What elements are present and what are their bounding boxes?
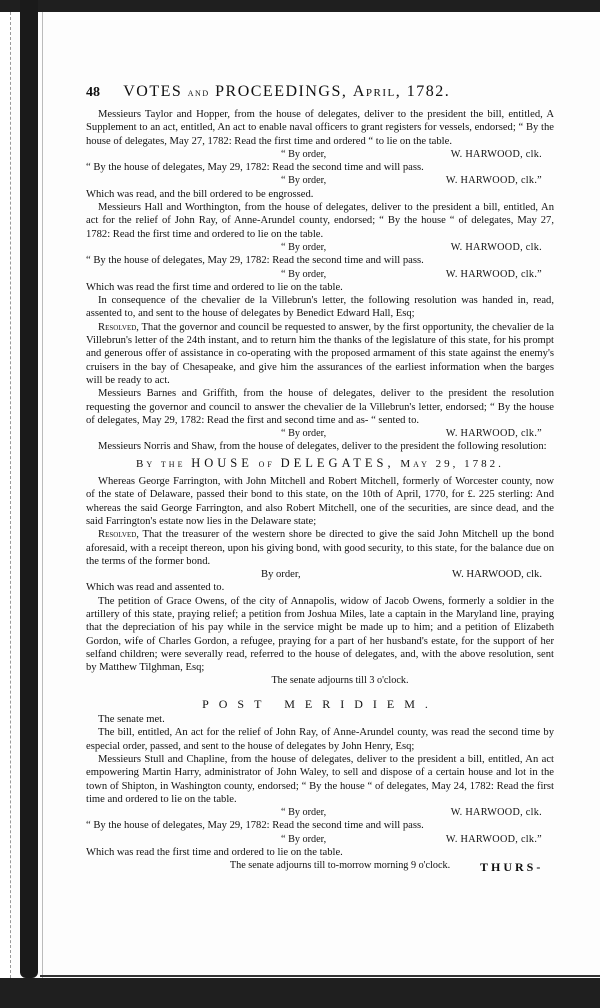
quoted-endorsement: “ By the house of delegates, May 29, 178… <box>86 819 554 832</box>
heading-house: HOUSE <box>191 456 253 470</box>
minute-line: Which was read the first time and ordere… <box>86 846 554 859</box>
by-order-text: “ By order, <box>281 148 326 161</box>
heading-date: May 29, 1782. <box>400 458 504 470</box>
resolution-paragraph: Resolved, That the governor and council … <box>86 321 554 387</box>
heading-by: By the <box>136 458 185 470</box>
book-binding <box>20 0 38 978</box>
minute-line: Which was read, and the bill ordered to … <box>86 188 554 201</box>
resolution-paragraph: Resolved, That the treasurer of the west… <box>86 528 554 568</box>
paragraph: Messieurs Taylor and Hopper, from the ho… <box>86 108 554 148</box>
signature-line: “ By order,W. HARWOOD, clk.” <box>86 427 554 440</box>
clerk-signature: W. HARWOOD, clk.” <box>446 427 542 440</box>
paragraph: The petition of Grace Owens, of the city… <box>86 595 554 675</box>
clerk-signature: W. HARWOOD, clk. <box>452 568 542 581</box>
signature-line: “ By order,W. HARWOOD, clk.” <box>86 833 554 846</box>
signature-line: “ By order,W. HARWOOD, clk.” <box>86 268 554 281</box>
page-number: 48 <box>86 85 100 100</box>
resolved-lead: Resolved, <box>98 322 139 333</box>
resolution-text: That the treasurer of the western shore … <box>86 529 554 567</box>
clerk-signature: W. HARWOOD, clk.” <box>446 174 542 187</box>
title-date: April, 1782. <box>353 83 450 100</box>
clerk-signature: W. HARWOOD, clk.” <box>446 268 542 281</box>
house-of-delegates-heading: By the HOUSE of DELEGATES, May 29, 1782. <box>86 457 554 471</box>
by-order-text: “ By order, <box>281 833 326 846</box>
clerk-signature: W. HARWOOD, clk. <box>451 241 542 254</box>
title-proceedings: PROCEEDINGS, <box>215 83 347 100</box>
title-and: and <box>188 85 210 99</box>
quoted-endorsement: “ By the house of delegates, May 29, 178… <box>86 161 554 174</box>
paragraph: The senate met. <box>86 713 554 726</box>
resolved-lead: Resolved, <box>98 529 139 540</box>
minute-line: Which was read and assented to. <box>86 581 554 594</box>
by-order-text: “ By order, <box>281 806 326 819</box>
signature-line: “ By order,W. HARWOOD, clk. <box>86 148 554 161</box>
heading-of: of <box>259 458 275 470</box>
running-head: 48 VOTES and PROCEEDINGS, April, 1782. <box>86 83 556 101</box>
quoted-endorsement: “ By the house of delegates, May 29, 178… <box>86 254 554 267</box>
by-order-text: By order, <box>261 568 301 581</box>
resolution-text: That the governor and council be request… <box>86 322 554 386</box>
paragraph: Whereas George Farrington, with John Mit… <box>86 475 554 528</box>
paragraph: The bill, entitled, An act for the relie… <box>86 726 554 753</box>
paragraph: Messieurs Hall and Worthington, from the… <box>86 201 554 241</box>
facing-page-edge <box>0 12 11 978</box>
paragraph: In consequence of the chevalier de la Vi… <box>86 294 554 321</box>
catchword: THURS- <box>480 860 543 875</box>
by-order-text: “ By order, <box>281 268 326 281</box>
signature-line: By order,W. HARWOOD, clk. <box>86 568 554 581</box>
by-order-text: “ By order, <box>281 241 326 254</box>
paragraph: Messieurs Stull and Chapline, from the h… <box>86 753 554 806</box>
clerk-signature: W. HARWOOD, clk. <box>451 148 542 161</box>
page-bottom-edge <box>40 975 600 977</box>
signature-line: “ By order,W. HARWOOD, clk.” <box>86 174 554 187</box>
paragraph: Messieurs Norris and Shaw, from the hous… <box>86 440 554 453</box>
signature-line: “ By order,W. HARWOOD, clk. <box>86 806 554 819</box>
adjournment-note: The senate adjourns till 3 o'clock. <box>86 674 554 687</box>
paragraph: Messieurs Barnes and Griffith, from the … <box>86 387 554 427</box>
by-order-text: “ By order, <box>281 427 326 440</box>
by-order-text: “ By order, <box>281 174 326 187</box>
clerk-signature: W. HARWOOD, clk. <box>451 806 542 819</box>
section-heading: POST MERIDIEM. <box>86 698 554 711</box>
title-votes: VOTES <box>123 83 182 100</box>
document-body: Messieurs Taylor and Hopper, from the ho… <box>86 108 554 873</box>
gutter-line <box>42 12 43 978</box>
heading-delegates: DELEGATES, <box>281 456 395 470</box>
signature-line: “ By order,W. HARWOOD, clk. <box>86 241 554 254</box>
clerk-signature: W. HARWOOD, clk.” <box>446 833 542 846</box>
minute-line: Which was read the first time and ordere… <box>86 281 554 294</box>
